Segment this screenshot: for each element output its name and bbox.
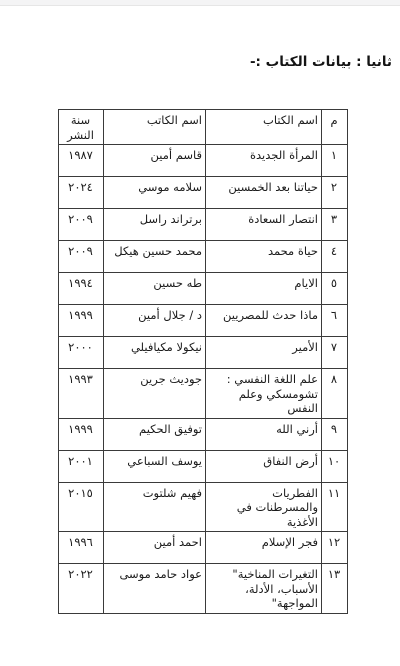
cell-author: يوسف السباعي bbox=[104, 450, 206, 482]
header-cell-year: سنة النشر bbox=[59, 110, 104, 145]
header-row: م اسم الكتاب اسم الكاتب سنة النشر bbox=[59, 110, 348, 145]
cell-num: ٤ bbox=[322, 241, 348, 273]
cell-num: ١٢ bbox=[322, 532, 348, 564]
cell-author: نيكولا مكيافيلي bbox=[104, 337, 206, 369]
cell-book: حياة محمد bbox=[206, 241, 322, 273]
cell-num: ٢ bbox=[322, 177, 348, 209]
table-row: ١٠أرض النفاقيوسف السباعي٢٠٠١ bbox=[59, 450, 348, 482]
table-row: ٩أرني اللهتوفيق الحكيم١٩٩٩ bbox=[59, 418, 348, 450]
cell-author: احمد أمين bbox=[104, 532, 206, 564]
table-row: ٦ماذا حدث للمصرييند / جلال أمين١٩٩٩ bbox=[59, 305, 348, 337]
cell-num: ٧ bbox=[322, 337, 348, 369]
cell-num: ٨ bbox=[322, 369, 348, 419]
cell-author: سلامه موسي bbox=[104, 177, 206, 209]
cell-year: ٢٠٠٩ bbox=[59, 209, 104, 241]
cell-num: ١٣ bbox=[322, 564, 348, 614]
table-row: ١١الفطريات والمسرطنات في الأغذيةفهيم شلت… bbox=[59, 482, 348, 532]
table-row: ٣انتصار السعادةبرتراند راسل٢٠٠٩ bbox=[59, 209, 348, 241]
cell-book: المرأة الجديدة bbox=[206, 145, 322, 177]
cell-author: برتراند راسل bbox=[104, 209, 206, 241]
cell-num: ١ bbox=[322, 145, 348, 177]
header-cell-book: اسم الكتاب bbox=[206, 110, 322, 145]
table-row: ٥الايامطه حسين١٩٩٤ bbox=[59, 273, 348, 305]
header-cell-author: اسم الكاتب bbox=[104, 110, 206, 145]
table-row: ١٣التغيرات المناخية" الأسباب، الأدلة، ال… bbox=[59, 564, 348, 614]
cell-year: ١٩٨٧ bbox=[59, 145, 104, 177]
table-row: ٤حياة محمدمحمد حسين هيكل٢٠٠٩ bbox=[59, 241, 348, 273]
cell-author: محمد حسين هيكل bbox=[104, 241, 206, 273]
table-row: ١٢فجر الإسلاماحمد أمين١٩٩٦ bbox=[59, 532, 348, 564]
cell-year: ١٩٩٩ bbox=[59, 305, 104, 337]
cell-num: ٣ bbox=[322, 209, 348, 241]
cell-num: ١٠ bbox=[322, 450, 348, 482]
book-table-body: ١المرأة الجديدةقاسم أمين١٩٨٧٢حياتنا بعد … bbox=[59, 145, 348, 614]
cell-num: ٦ bbox=[322, 305, 348, 337]
cell-year: ٢٠٠٠ bbox=[59, 337, 104, 369]
cell-year: ١٩٩٣ bbox=[59, 369, 104, 419]
cell-num: ٩ bbox=[322, 418, 348, 450]
cell-year: ٢٠٠١ bbox=[59, 450, 104, 482]
cell-author: توفيق الحكيم bbox=[104, 418, 206, 450]
cell-book: أرني الله bbox=[206, 418, 322, 450]
cell-book: أرض النفاق bbox=[206, 450, 322, 482]
cell-book: انتصار السعادة bbox=[206, 209, 322, 241]
cell-year: ٢٠٠٩ bbox=[59, 241, 104, 273]
cell-book: حياتنا بعد الخمسين bbox=[206, 177, 322, 209]
cell-year: ١٩٩٩ bbox=[59, 418, 104, 450]
cell-year: ٢٠١٥ bbox=[59, 482, 104, 532]
section-title: ثانيا : بيانات الكتاب :- bbox=[0, 54, 392, 71]
cell-book: فجر الإسلام bbox=[206, 532, 322, 564]
table-row: ٧الأميرنيكولا مكيافيلي٢٠٠٠ bbox=[59, 337, 348, 369]
cell-author: طه حسين bbox=[104, 273, 206, 305]
cell-year: ١٩٩٦ bbox=[59, 532, 104, 564]
table-row: ٢حياتنا بعد الخمسينسلامه موسي٢٠٢٤ bbox=[59, 177, 348, 209]
cell-num: ٥ bbox=[322, 273, 348, 305]
books-table-header: م اسم الكتاب اسم الكاتب سنة النشر bbox=[59, 110, 348, 145]
table-row: ٨علم اللغة النفسي : تشومسكي وعلم النفسجو… bbox=[59, 369, 348, 419]
cell-author: عواد حامد موسى bbox=[104, 564, 206, 614]
cell-year: ١٩٩٤ bbox=[59, 273, 104, 305]
cell-book: علم اللغة النفسي : تشومسكي وعلم النفس bbox=[206, 369, 322, 419]
cell-book: الأمير bbox=[206, 337, 322, 369]
cell-year: ٢٠٢٢ bbox=[59, 564, 104, 614]
table-row: ١المرأة الجديدةقاسم أمين١٩٨٧ bbox=[59, 145, 348, 177]
cell-book: التغيرات المناخية" الأسباب، الأدلة، المو… bbox=[206, 564, 322, 614]
cell-book: الايام bbox=[206, 273, 322, 305]
books-table: م اسم الكتاب اسم الكاتب سنة النشر ١المرأ… bbox=[58, 109, 348, 614]
cell-num: ١١ bbox=[322, 482, 348, 532]
cell-book: الفطريات والمسرطنات في الأغذية bbox=[206, 482, 322, 532]
cell-author: جوديث جرين bbox=[104, 369, 206, 419]
page-top-strip bbox=[0, 0, 400, 6]
cell-author: فهيم شلتوت bbox=[104, 482, 206, 532]
cell-year: ٢٠٢٤ bbox=[59, 177, 104, 209]
cell-book: ماذا حدث للمصريين bbox=[206, 305, 322, 337]
cell-author: د / جلال أمين bbox=[104, 305, 206, 337]
header-cell-num: م bbox=[322, 110, 348, 145]
cell-author: قاسم أمين bbox=[104, 145, 206, 177]
